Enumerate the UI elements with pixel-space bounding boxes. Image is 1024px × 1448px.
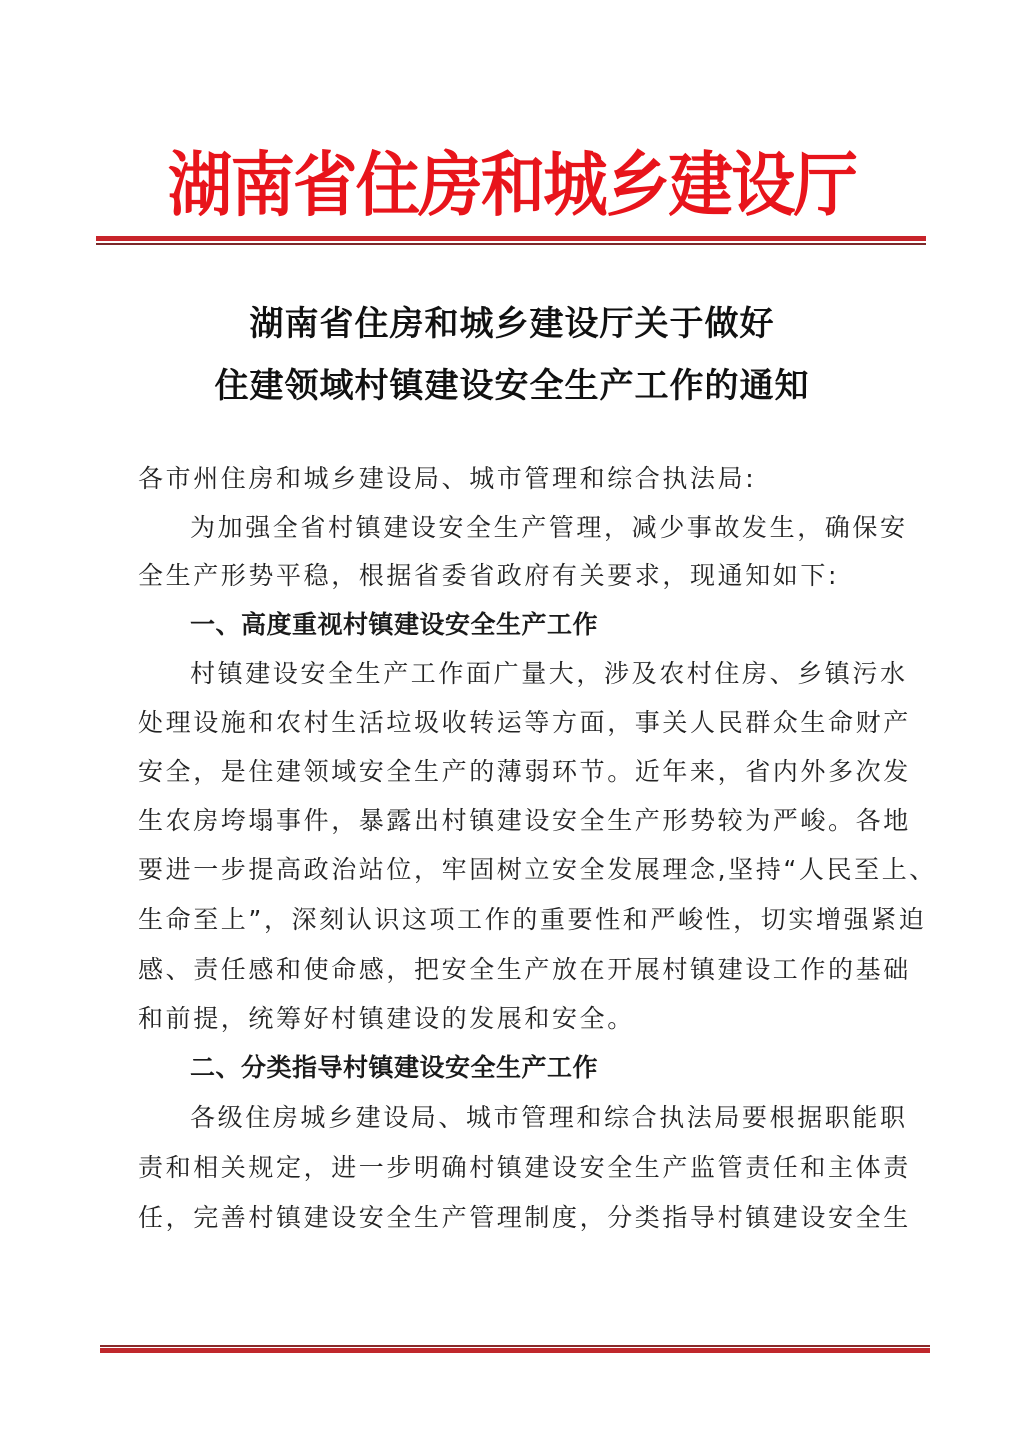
intro-line: 全生产形势平稳，根据省委省政府有关要求，现通知如下: [138,561,890,591]
paragraph-line: 感、责任感和使命感，把安全生产放在开展村镇建设工作的基础 [138,955,890,985]
paragraph-line: 各级住房城乡建设局、城市管理和综合执法局要根据职能职 [190,1103,942,1133]
paragraph-line: 安全，是住建领域安全生产的薄弱环节。近年来，省内外多次发 [138,757,890,787]
intro-line: 为加强全省村镇建设安全生产管理，减少事故发生，确保安 [190,513,942,543]
document-title-line-2: 住建领域村镇建设安全生产工作的通知 [0,358,1024,407]
paragraph-line: 任，完善村镇建设安全生产管理制度，分类指导村镇建设安全生 [138,1203,890,1233]
paragraph-line: 责和相关规定，进一步明确村镇建设安全生产监管责任和主体责 [138,1153,890,1183]
document-title-line-1: 湖南省住房和城乡建设厅关于做好 [0,296,1024,345]
paragraph-line: 村镇建设安全生产工作面广量大，涉及农村住房、乡镇污水 [190,659,942,689]
section-heading-2: 二、分类指导村镇建设安全生产工作 [190,1053,598,1083]
section-heading-1: 一、高度重视村镇建设安全生产工作 [190,610,598,640]
paragraph-line: 生农房垮塌事件，暴露出村镇建设安全生产形势较为严峻。各地 [138,806,890,836]
footer-rule-thin [100,1345,930,1347]
footer-rule-thick [100,1348,930,1353]
masthead-rule-thick [96,236,926,241]
paragraph-line: 生命至上”，深刻认识这项工作的重要性和严峻性，切实增强紧迫 [138,905,890,935]
masthead-org-name: 湖南省住房和城乡建设厅 [41,140,983,230]
masthead-rule-thin [96,243,926,245]
salutation: 各市州住房和城乡建设局、城市管理和综合执法局: [138,464,890,494]
paragraph-line: 和前提，统筹好村镇建设的发展和安全。 [138,1004,890,1034]
paragraph-line: 处理设施和农村生活垃圾收转运等方面，事关人民群众生命财产 [138,708,890,738]
paragraph-line: 要进一步提高政治站位，牢固树立安全发展理念,坚持“人民至上、 [138,855,890,885]
